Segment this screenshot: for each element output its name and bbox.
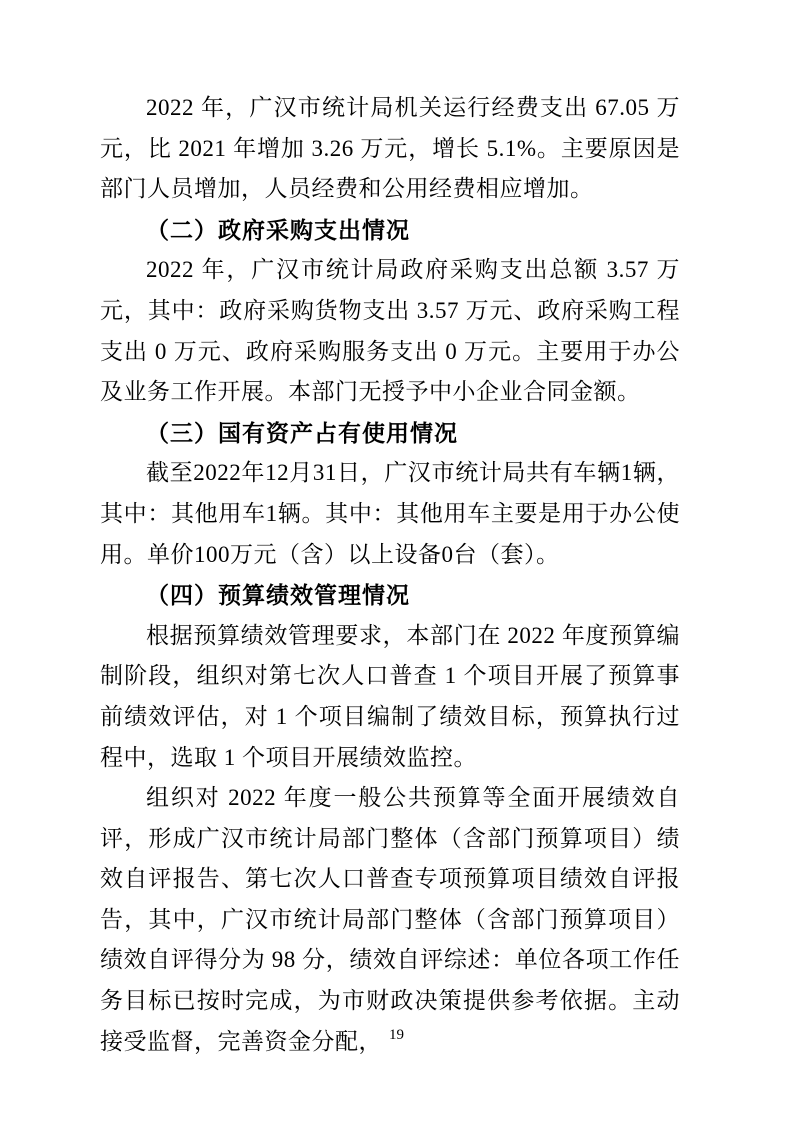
heading-state-assets: （三）国有资产占有使用情况	[100, 413, 680, 454]
document-page: 2022 年，广汉市统计局机关运行经费支出 67.05 万元，比 2021 年增…	[0, 0, 793, 1122]
heading-government-procurement: （二）政府采购支出情况	[100, 210, 680, 251]
paragraph-state-assets: 截至2022年12月31日，广汉市统计局共有车辆1辆，其中：其他用车1辆。其中：…	[100, 453, 680, 575]
paragraph-self-evaluation: 组织对 2022 年度一般公共预算等全面开展绩效自评，形成广汉市统计局部门整体（…	[100, 778, 680, 1062]
paragraph-operating-expenses: 2022 年，广汉市统计局机关运行经费支出 67.05 万元，比 2021 年增…	[100, 88, 680, 210]
heading-budget-performance: （四）预算绩效管理情况	[100, 575, 680, 616]
paragraph-budget-performance-evaluation: 根据预算绩效管理要求，本部门在 2022 年度预算编制阶段，组织对第七次人口普查…	[100, 616, 680, 778]
page-content: 2022 年，广汉市统计局机关运行经费支出 67.05 万元，比 2021 年增…	[100, 88, 680, 1062]
paragraph-government-procurement: 2022 年，广汉市统计局政府采购支出总额 3.57 万元，其中：政府采购货物支…	[100, 250, 680, 412]
page-number: 19	[0, 1026, 793, 1044]
